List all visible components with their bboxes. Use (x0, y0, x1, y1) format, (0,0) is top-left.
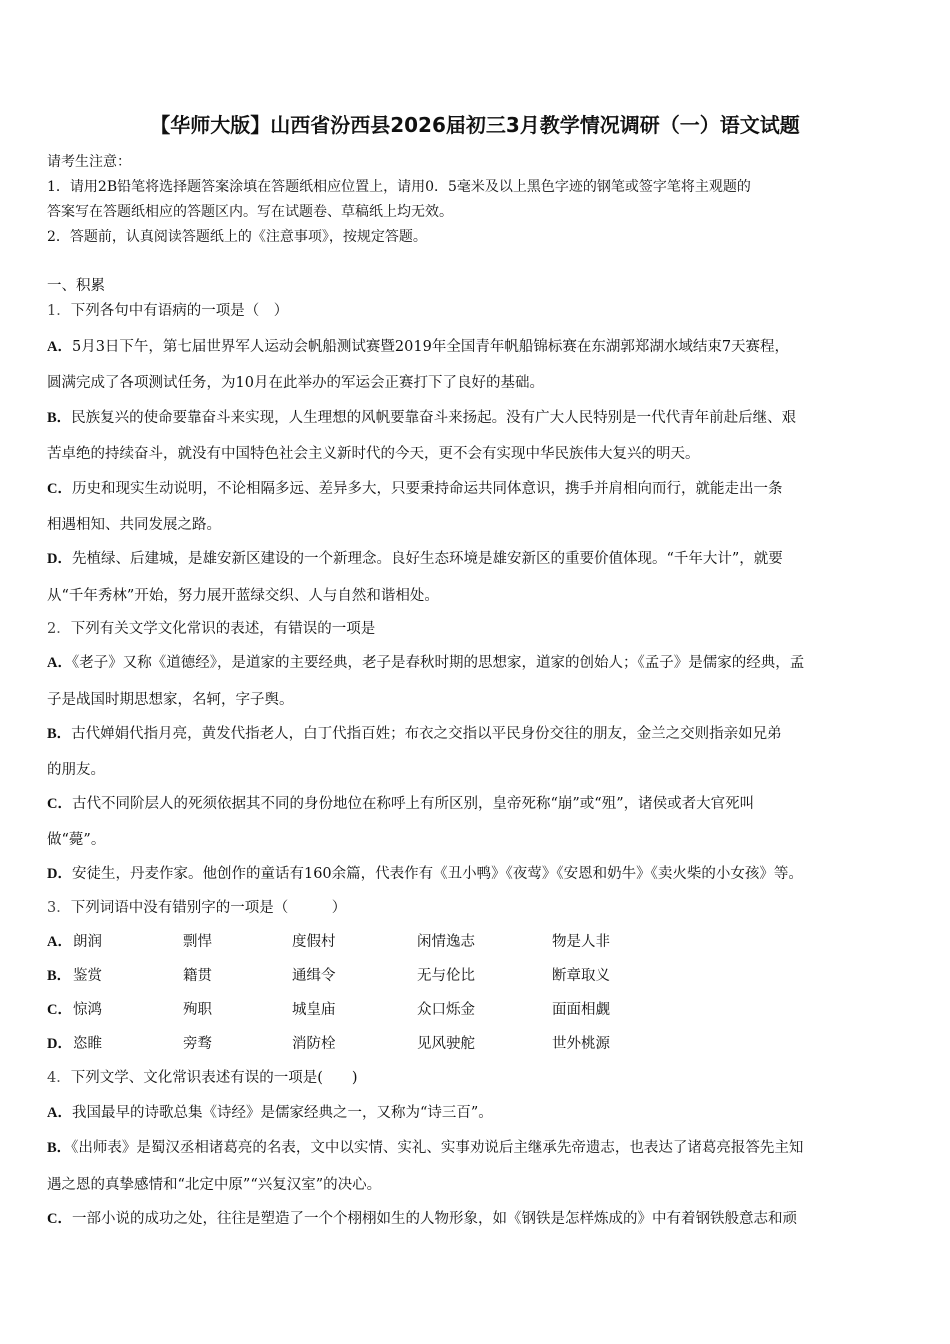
q1-option-a-line-1: A．5月3日下午，第七届世界军人运动会帆船测试赛暨2019年全国青年帆船锦标赛在… (47, 337, 789, 357)
word: 旁骛 (183, 1034, 212, 1054)
option-letter: D． (47, 866, 72, 882)
word: 鉴赏 (73, 966, 102, 986)
option-letter: C． (47, 1000, 72, 1020)
q2-option-c-line-1: C．古代不同阶层人的死须依据其不同的身份地位在称呼上有所区别，皇帝死称“崩”或“… (47, 794, 754, 814)
question-4-stem: 4．下列文学、文化常识表述有误的一项是( ) (47, 1068, 358, 1088)
word: 惊鸿 (73, 1000, 102, 1020)
option-letter: A． (47, 655, 72, 671)
q2-option-b-line-1: B．古代婵娟代指月亮，黄发代指老人，白丁代指百姓；布衣之交指以平民身份交往的朋友… (47, 724, 782, 744)
q4-option-a-line-1: A．我国最早的诗歌总集《诗经》是儒家经典之一，又称为“诗三百”。 (47, 1103, 493, 1123)
word: 无与伦比 (417, 966, 475, 986)
q2-option-d-line-1: D．安徒生，丹麦作家。他创作的童话有160余篇，代表作有《丑小鸭》《夜莺》《安恩… (47, 864, 803, 884)
section-heading: 一、积累 (47, 276, 105, 296)
word: 闲情逸志 (417, 932, 475, 952)
question-number: 1． (47, 303, 71, 319)
question-text: 下列各句中有语病的一项是（ ） (71, 303, 289, 319)
question-text: 下列词语中没有错别字的一项是（ ） (71, 900, 347, 916)
option-text: 先植绿、后建城，是雄安新区建设的一个新理念。良好生态环境是雄安新区的重要价值体现… (72, 551, 783, 567)
q4-option-c-line-1: C．一部小说的成功之处，往往是塑造了一个个栩栩如生的人物形象，如《钢铁是怎样炼成… (47, 1209, 797, 1229)
option-text: 古代不同阶层人的死须依据其不同的身份地位在称呼上有所区别，皇帝死称“崩”或“殂”… (72, 796, 754, 812)
q1-option-d-line-1: D．先植绿、后建城，是雄安新区建设的一个新理念。良好生态环境是雄安新区的重要价值… (47, 549, 783, 569)
word: 朗润 (73, 932, 102, 952)
question-3-stem: 3．下列词语中没有错别字的一项是（ ） (47, 898, 346, 918)
option-text: 民族复兴的使命要靠奋斗来实现，人生理想的风帆要靠奋斗来扬起。没有广大人民特别是一… (71, 410, 796, 426)
q1-option-c-line-1: C．历史和现实生动说明，不论相隔多远、差异多大，只要秉持命运共同体意识，携手并肩… (47, 479, 782, 499)
word: 众口烁金 (417, 1000, 475, 1020)
q1-option-a-line-2: 圆满完成了各项测试任务，为10月在此举办的军运会正赛打下了良好的基础。 (47, 373, 544, 393)
q1-option-b-line-2: 苦卓绝的持续奋斗，就没有中国特色社会主义新时代的今天，更不会有实现中华民族伟大复… (47, 444, 700, 464)
question-2-stem: 2．下列有关文学文化常识的表述，有错误的一项是 (47, 619, 375, 639)
option-letter: C． (47, 1211, 72, 1227)
option-letter: B． (47, 726, 71, 742)
q4-option-b-line-2: 遇之恩的真挚感情和“北定中原”“兴复汉室”的决心。 (47, 1175, 381, 1195)
option-text: 《老子》又称《道德经》，是道家的主要经典，老子是春秋时期的思想家，道家的创始人；… (72, 655, 804, 671)
option-text: 《出师表》是蜀汉丞相诸葛亮的名表，文中以实情、实礼、实事劝说后主继承先帝遗志，也… (71, 1140, 803, 1156)
option-text: 安徒生，丹麦作家。他创作的童话有160余篇，代表作有《丑小鸭》《夜莺》《安恩和奶… (72, 866, 803, 882)
word: 籍贯 (183, 966, 212, 986)
word: 通缉令 (292, 966, 336, 986)
word: 世外桃源 (552, 1034, 610, 1054)
q2-option-c-line-2: 做“薨”。 (47, 830, 105, 850)
notice-line-3: 2．答题前，认真阅读答题纸上的《注意事项》，按规定答题。 (47, 227, 427, 247)
option-letter: C． (47, 481, 72, 497)
question-text: 下列文学、文化常识表述有误的一项是( ) (71, 1070, 358, 1086)
question-number: 3． (47, 900, 71, 916)
word: 恣睢 (73, 1034, 102, 1054)
word: 城皇庙 (292, 1000, 336, 1020)
option-letter: B． (47, 966, 71, 986)
word: 见风驶舵 (417, 1034, 475, 1054)
option-letter: A． (47, 1105, 72, 1121)
page-title: 【华师大版】山西省汾西县2026届初三3月教学情况调研（一）语文试题 (0, 110, 950, 140)
option-text: 5月3日下午，第七届世界军人运动会帆船测试赛暨2019年全国青年帆船锦标赛在东湖… (72, 339, 789, 355)
word: 面面相觑 (552, 1000, 610, 1020)
option-letter: C． (47, 796, 72, 812)
q2-option-a-line-1: A．《老子》又称《道德经》，是道家的主要经典，老子是春秋时期的思想家，道家的创始… (47, 653, 804, 673)
option-text: 一部小说的成功之处，往往是塑造了一个个栩栩如生的人物形象，如《钢铁是怎样炼成的》… (72, 1211, 797, 1227)
option-letter: B． (47, 410, 71, 426)
question-number: 4． (47, 1070, 71, 1086)
word: 断章取义 (552, 966, 610, 986)
word: 度假村 (292, 932, 336, 952)
notice-heading: 请考生注意： (47, 152, 131, 172)
notice-line-1: 1．请用2B铅笔将选择题答案涂填在答题纸相应位置上，请用0．5毫米及以上黑色字迹… (47, 177, 751, 197)
word: 消防栓 (292, 1034, 336, 1054)
option-letter: D． (47, 551, 72, 567)
option-text: 我国最早的诗歌总集《诗经》是儒家经典之一，又称为“诗三百”。 (72, 1105, 493, 1121)
option-letter: A． (47, 339, 72, 355)
q2-option-b-line-2: 的朋友。 (47, 760, 105, 780)
word: 物是人非 (552, 932, 610, 952)
notice-line-2: 答案写在答题纸相应的答题区内。写在试题卷、草稿纸上均无效。 (47, 202, 453, 222)
option-text: 古代婵娟代指月亮，黄发代指老人，白丁代指百姓；布衣之交指以平民身份交往的朋友，金… (71, 726, 782, 742)
q2-option-a-line-2: 子是战国时期思想家，名轲，字子舆。 (47, 690, 294, 710)
q1-option-b-line-1: B．民族复兴的使命要靠奋斗来实现，人生理想的风帆要靠奋斗来扬起。没有广大人民特别… (47, 408, 796, 428)
word: 剽悍 (183, 932, 212, 952)
question-1-stem: 1．下列各句中有语病的一项是（ ） (47, 301, 288, 321)
q1-option-c-line-2: 相遇相知、共同发展之路。 (47, 515, 221, 535)
question-number: 2． (47, 621, 71, 637)
q1-option-d-line-2: 从“千年秀林”开始，努力展开蓝绿交织、人与自然和谐相处。 (47, 586, 439, 606)
word: 殉职 (183, 1000, 212, 1020)
question-text: 下列有关文学文化常识的表述，有错误的一项是 (71, 621, 376, 637)
option-letter: B． (47, 1140, 71, 1156)
option-text: 历史和现实生动说明，不论相隔多远、差异多大，只要秉持命运共同体意识，携手并肩相向… (72, 481, 783, 497)
option-letter: D． (47, 1034, 72, 1054)
option-letter: A． (47, 932, 72, 952)
q4-option-b-line-1: B．《出师表》是蜀汉丞相诸葛亮的名表，文中以实情、实礼、实事劝说后主继承先帝遗志… (47, 1138, 803, 1158)
